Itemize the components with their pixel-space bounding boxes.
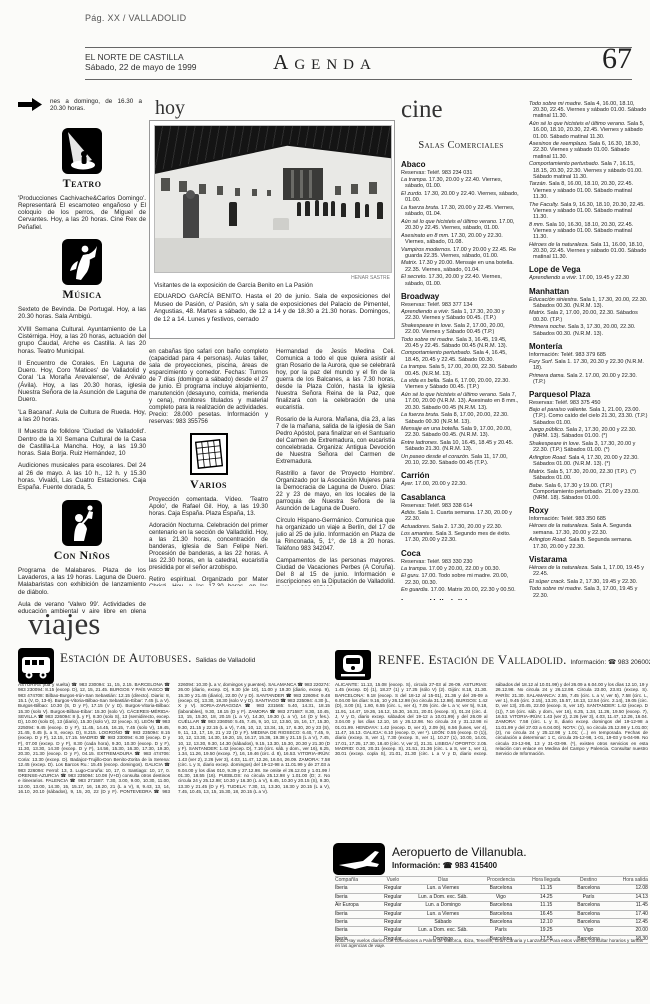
cine-column-1: Abaco Reservas: Teléf. 983 234 031 La tr… bbox=[401, 158, 521, 600]
flight-cell: Lun. a Viernes bbox=[410, 911, 476, 918]
flight-cell: Barcelona bbox=[476, 919, 526, 926]
flight-cell: 12.10 bbox=[526, 919, 567, 926]
flight-cell: Barcelona bbox=[476, 885, 526, 892]
cinema-name: Coca bbox=[401, 549, 521, 558]
hoy-box: HENAR SASTRE Visitantes de la exposición… bbox=[149, 120, 395, 339]
column-header: Procedencia bbox=[476, 877, 526, 884]
film-title: La trampa. bbox=[401, 364, 427, 370]
film-title: Un paseo desde el corazón. bbox=[401, 454, 470, 460]
film-showtime: La trampa. 17.30, 20.00 y 22.40. Viernes… bbox=[401, 177, 521, 189]
flight-cell: Iberia bbox=[335, 919, 376, 926]
film-showtime: La trampa. 17.00 y 20.00, 22.00 y 00.30. bbox=[401, 566, 521, 572]
agenda-item: Adoración Nocturna. Celebración del prim… bbox=[149, 522, 268, 571]
agenda-item: 'Producciones Cachivache&Carlos Domingo'… bbox=[18, 195, 146, 231]
film-title: La fuerza bruta. bbox=[401, 205, 440, 211]
film-title: Héroes de la naturaleza. bbox=[529, 242, 589, 248]
flight-cell: Barcelona bbox=[476, 911, 526, 918]
continued-text: nes a domingo, de 16.30 a 20.30 horas. bbox=[50, 98, 142, 113]
film-showtime: Arlington Road. Sala 4, 17.30, 20.00 y 2… bbox=[529, 455, 648, 467]
film-times: 17.00, 20.00 y 22.30. bbox=[414, 481, 467, 487]
flight-cell: Barcelona bbox=[567, 911, 611, 918]
cinema-listing: Roxy Información: Teléf. 983 350 685 Hér… bbox=[529, 506, 648, 549]
flight-cell: Regular bbox=[376, 927, 410, 934]
cinema-listing: Casablanca Reservas: Teléf. 983 338 614 … bbox=[401, 493, 521, 544]
flight-cell: 11.15 bbox=[526, 885, 567, 892]
film-showtime: Primera dama. Sala 2. 17.00, 20.00 y 22.… bbox=[529, 373, 648, 385]
flight-cell: Lun. a Dom. exc. Sáb. bbox=[410, 927, 476, 934]
film-showtime: El guru. 17.00. Todo sobre mi madre. 20.… bbox=[401, 573, 521, 585]
renfe-heading: RENFE. Estación de Valladolid. Informaci… bbox=[378, 652, 650, 668]
flight-cell: Regular bbox=[376, 885, 410, 892]
film-title: Babe. bbox=[529, 483, 543, 489]
cinema-phone: Información: Teléf. 983 350 685 bbox=[529, 516, 648, 522]
flight-cell: Iberia bbox=[335, 894, 376, 901]
page-folio: Pág. XX / VALLADOLID bbox=[85, 13, 186, 23]
bus-station-heading: Estación de Autobuses. Salidas de Vallad… bbox=[60, 650, 255, 666]
airport-heading: Aeropuerto de Villanubla. Información: ☎… bbox=[392, 845, 527, 870]
page-number: 67 bbox=[602, 42, 632, 76]
flight-cell: 16.45 bbox=[526, 911, 567, 918]
film-title: Primera dama. bbox=[529, 373, 565, 379]
film-title: The Faculty. bbox=[529, 202, 559, 208]
film-showtime: Aprendiendo a vivir. 17.00, 19.45 y 22.3… bbox=[529, 275, 648, 281]
continuation-paragraphs: en cabañas tipo safari con baño completo… bbox=[149, 348, 268, 425]
film-title: Bajo el paraíso valiente. bbox=[529, 407, 588, 413]
film-showtime: Aún sé lo que hicisteis el último verano… bbox=[401, 392, 521, 411]
film-showtime: Aún sé lo que hicisteis el último verano… bbox=[401, 219, 521, 231]
cinema-listing: Carrión Ayer. 17.00, 20.00 y 22.30. bbox=[401, 471, 521, 487]
exhibition-photo bbox=[154, 125, 392, 273]
film-showtime: Todo sobre mi madre. Sala 3, 16.45, 19.4… bbox=[401, 337, 521, 349]
film-title: Mensaje en una botella. bbox=[401, 426, 459, 432]
cine-column-2: Todo sobre mi madre. Sala 4, 16.00, 18.1… bbox=[529, 101, 648, 600]
header-rule-top bbox=[85, 47, 632, 48]
film-times: 17.00 y 20.00, 22.00 y 00.30. bbox=[427, 566, 500, 572]
film-title: El zurdo. bbox=[401, 191, 423, 197]
film-showtime: 8 mm. Sala 10, 16.30, 18.10, 20.30, 22.4… bbox=[529, 222, 648, 241]
flight-cell: Barcelona bbox=[567, 885, 611, 892]
cinema-name: Casablanca bbox=[401, 493, 521, 502]
flight-cell: Air Europa bbox=[335, 902, 376, 909]
agenda-item: Rosario de la Aurora. Mañana, día 23, a … bbox=[276, 416, 395, 465]
children-icon bbox=[62, 500, 102, 546]
photo-caption: Visitantes de la exposición de García Be… bbox=[154, 282, 390, 289]
film-showtime: The Faculty. Sala 9, 16.30, 18.10, 20.30… bbox=[529, 202, 648, 221]
film-title: Aún sé lo que hicisteis el último verano… bbox=[401, 392, 498, 398]
column-header: Días bbox=[410, 877, 476, 884]
film-title: Adiós. bbox=[401, 510, 416, 516]
flight-cell: Regular bbox=[376, 919, 410, 926]
film-title: Aprendiendo a vivir. bbox=[529, 275, 577, 281]
agenda-item: II Muestra de folklore 'Ciudad de Vallad… bbox=[18, 428, 146, 457]
film-showtime: Todo sobre mi madre. Sala 3, 17.00, 19.4… bbox=[529, 586, 648, 598]
flight-cell: 14.25 bbox=[526, 894, 567, 901]
cinema-phone: Reservas: Teléf. 983 377 134 bbox=[401, 302, 521, 308]
flights-table: CompañíaVueloDíasProcedenciaHora llegada… bbox=[335, 876, 648, 944]
flight-cell: 11.15 bbox=[526, 902, 567, 909]
column-header: Vuelo bbox=[376, 877, 410, 884]
cinema-listing: Vistarama Héroes de la naturaleza. Sala … bbox=[529, 555, 648, 600]
film-title: Vampiros modernos. bbox=[401, 247, 452, 253]
cinema-name: Lope de Vega bbox=[529, 265, 648, 274]
film-times: 17.30 y 20.00. Mensaje en una botella. 2… bbox=[405, 260, 514, 272]
cinema-name: Carrión bbox=[401, 471, 521, 480]
film-title: Fury Surf. bbox=[529, 359, 553, 365]
cinema-name: Parquesol Plaza bbox=[529, 390, 648, 399]
film-times: 17.00, 19.45 y 22.30 bbox=[577, 275, 629, 281]
bus-icon bbox=[18, 648, 54, 684]
film-showtime: En guardia. 17.00. Matrix 20.00, 22.30 y… bbox=[401, 587, 521, 593]
film-showtime: Shakespeare in love. Sala 3, 17.30, 20.0… bbox=[529, 441, 648, 453]
agenda-item: Círculo Hispano-Germánico. Comunica que … bbox=[276, 517, 395, 552]
flight-cell: 12.08 bbox=[610, 885, 648, 892]
agenda-item: Programa de Malabares. Plaza de los Lava… bbox=[18, 567, 146, 596]
flight-cell: Iberia bbox=[335, 885, 376, 892]
flight-cell: Vigo bbox=[476, 894, 526, 901]
agenda-paragraphs: Hermandad de Jesús Medina Celi. Comunica… bbox=[276, 348, 395, 586]
cinema-name: Lauren Valladolid bbox=[401, 598, 521, 600]
film-title: Arlington Road. bbox=[529, 455, 567, 461]
film-title: 8 mm. bbox=[529, 222, 544, 228]
hoy-label: hoy bbox=[155, 97, 185, 120]
film-title: Asesinos de reemplazo. bbox=[529, 141, 588, 147]
flight-row: IberiaRegularSábadoBarcelona12.10Barcelo… bbox=[335, 918, 648, 926]
film-times: Sala 2. 17.30, 20.00 y 22.30. bbox=[430, 524, 502, 530]
film-title: Matrix. bbox=[401, 260, 418, 266]
hoy-body: EDUARDO GARCÍA BENITO. Hasta el 20 de ju… bbox=[154, 293, 390, 323]
column-header: Hora llegada bbox=[526, 877, 567, 884]
cinema-phone: Reservas: Teléf. 983 338 614 bbox=[401, 503, 521, 509]
film-title: Matrix. bbox=[529, 469, 546, 475]
film-showtime: Matrix. 17.30 y 20.00. Mensaje en una bo… bbox=[401, 260, 521, 272]
cinema-phone: Reservas: Teléf. 983 375 450 bbox=[529, 400, 648, 406]
film-title: La fuerza bruta. bbox=[401, 412, 440, 418]
film-showtime: Fury Surf. Sala 1. 17.30, 20.30 y 22.30 … bbox=[529, 359, 648, 371]
renfe-info-phone: Información: ☎ 983 206002 bbox=[570, 659, 650, 666]
cinema-phone: Reservas: Teléf. 983 234 031 bbox=[401, 170, 521, 176]
film-title: Matrix. bbox=[529, 310, 546, 316]
flight-cell: Sábado bbox=[410, 919, 476, 926]
flight-cell: Iberia bbox=[335, 911, 376, 918]
musica-heading: Música bbox=[18, 287, 146, 302]
film-showtime: Entre ladrones. Sala 10, 16.45, 18.45 y … bbox=[401, 440, 521, 452]
film-title: Shakespeare in love. bbox=[401, 323, 452, 329]
flight-row: IberiaRegularLun. a Dom. exc. Sáb.Vigo14… bbox=[335, 893, 648, 901]
cinema-listing: Coca Reservas: Teléf. 983 330 230 La tra… bbox=[401, 549, 521, 594]
film-title: La trampa. bbox=[401, 566, 427, 572]
cinema-listing: Lope de Vega Aprendiendo a vivir. 17.00,… bbox=[529, 265, 648, 281]
bus-station-title: Estación de Autobuses. bbox=[60, 650, 192, 665]
cinema-listing: Todo sobre mi madre. Sala 4, 16.00, 18.1… bbox=[529, 101, 648, 260]
musica-items: Sexteto de Bevinda. De Portugal. Hoy, a … bbox=[18, 306, 146, 492]
cinema-listing: Manhattan Educación siniestra. Sala 1, 1… bbox=[529, 287, 648, 337]
film-title: Todo sobre mi madre. bbox=[529, 101, 582, 107]
bus-schedules-text: ASTURIAS (ida y vuelta) ☎ 983 230094: 11… bbox=[18, 682, 330, 960]
viajes-label: viajes bbox=[28, 606, 100, 642]
film-showtime: Asesinos de reemplazo. Sala 6, 16.30, 18… bbox=[529, 141, 648, 160]
film-title: Los amantes. bbox=[401, 531, 434, 537]
film-showtime: Asesinato en 8 mm. 17.30, 20.00 y 22.30.… bbox=[401, 233, 521, 245]
header-rule-bottom bbox=[85, 79, 632, 80]
section-title: Agenda bbox=[0, 50, 650, 75]
flight-cell: Regular bbox=[376, 911, 410, 918]
film-showtime: Shakespeare in love. Sala 2, 17.00, 20.0… bbox=[401, 323, 521, 335]
flight-cell: Iberia bbox=[335, 927, 376, 934]
cinema-phone: Reservas: Teléf. 983 330 230 bbox=[401, 559, 521, 565]
flight-cell: Barcelona bbox=[567, 902, 611, 909]
cinema-phone: Información: Teléf. 983 379 685 bbox=[529, 352, 648, 358]
flight-cell: Vigo bbox=[567, 927, 611, 934]
film-showtime: La fuerza bruta. Sala 8, 17.00, 20.00, 2… bbox=[401, 412, 521, 424]
agenda-item: II Encuentro de Corales. En Laguna de Du… bbox=[18, 360, 146, 404]
column-header: Compañía bbox=[335, 877, 376, 884]
film-title: Shakespeare in love. bbox=[529, 441, 580, 447]
flight-cell: 11.45 bbox=[610, 902, 648, 909]
film-showtime: Primera noche. Sala 3, 17.30, 20.00, 22.… bbox=[529, 324, 648, 336]
flight-cell: Lun. a Domingo bbox=[410, 902, 476, 909]
film-showtime: Mensaje en una botella. Sala 9, 17.00, 2… bbox=[401, 426, 521, 438]
film-showtime: Aún sé lo que hicisteis el último verano… bbox=[529, 121, 648, 140]
film-showtime: El súper crack. Sala 2, 17.30, 19.45 y 2… bbox=[529, 579, 648, 585]
film-showtime: Actuadores. Sala 2. 17.30, 20.00 y 22.30… bbox=[401, 524, 521, 530]
film-title: Primera noche. bbox=[529, 324, 566, 330]
flight-cell: 20.00 bbox=[610, 927, 648, 934]
column-header: Hora salida bbox=[610, 877, 648, 884]
cinema-name: Montería bbox=[529, 342, 648, 351]
film-showtime: Bajo el paraíso valiente. Sala 1, 21.00,… bbox=[529, 407, 648, 426]
agenda-item: Rastrillo a favor de 'Proyecto Hombre'. … bbox=[276, 470, 395, 512]
film-title: Aprendiendo a vivir. bbox=[401, 309, 449, 315]
film-showtime: La trampa. Sala 5, 17.00, 20.00, 22.30. … bbox=[401, 364, 521, 376]
middle-column-2: Hermandad de Jesús Medina Celi. Comunica… bbox=[276, 348, 395, 586]
agenda-item: Proyección comentada. Vídeo. 'Teatro Apo… bbox=[149, 496, 268, 517]
film-title: Héroes de la naturaleza. bbox=[529, 565, 589, 571]
cine-label: cine bbox=[401, 96, 443, 124]
film-title: Héroes de la naturaleza. bbox=[529, 523, 589, 529]
train-icon bbox=[335, 650, 371, 680]
airport-title: Aeropuerto de Villanubla. bbox=[392, 845, 527, 859]
arrow-icon bbox=[18, 98, 42, 111]
cinema-listing: Broadway Reservas: Teléf. 983 377 134 Ap… bbox=[401, 292, 521, 467]
theater-spotlight-icon bbox=[62, 128, 102, 174]
flight-cell: Regular bbox=[376, 902, 410, 909]
visitor-figure bbox=[183, 194, 199, 238]
cinema-listing: Lauren Valladolid Información: Teléf. 98… bbox=[401, 598, 521, 600]
film-title: Arlington Road. bbox=[529, 537, 567, 543]
agenda-item: Retiro espiritual. Organizado por Mater … bbox=[149, 576, 268, 586]
teatro-items: 'Producciones Cachivache&Carlos Domingo'… bbox=[18, 195, 146, 231]
salas-comerciales-heading: Salas Comerciales bbox=[401, 140, 521, 151]
bus-station-subtitle: Salidas de Valladolid bbox=[195, 657, 255, 664]
airport-info-phone: Información: ☎ 983 415400 bbox=[392, 861, 527, 870]
agenda-item: XVIII Semana Cultural. Ayuntamiento de L… bbox=[18, 326, 146, 355]
film-showtime: Ayer. 17.00, 20.00 y 22.30. bbox=[401, 481, 521, 487]
photo-credit: HENAR SASTRE bbox=[154, 275, 390, 281]
airplane-icon bbox=[333, 843, 385, 875]
film-showtime: Los amantes. Sala 3. Segundo mes de éxit… bbox=[401, 531, 521, 543]
cinema-name: Vistarama bbox=[529, 555, 648, 564]
film-title: Aún sé lo que hicisteis el último verano… bbox=[401, 219, 498, 225]
film-times: 17.00. Todo sobre mi madre. 20.00, 22.30… bbox=[405, 573, 508, 585]
film-showtime: Matrix. Sala 2, 17.00, 20.00, 22.30. Sáb… bbox=[529, 310, 648, 322]
agenda-item: en cabañas tipo safari con baño completo… bbox=[149, 348, 268, 425]
varios-items: Proyección comentada. Vídeo. 'Teatro Apo… bbox=[149, 496, 268, 586]
film-showtime: Héroes de la naturaleza. Sala 1, 17.00, … bbox=[529, 565, 648, 577]
flight-row: IberiaRegularLun. a Dom. exc. Sáb.París1… bbox=[335, 926, 648, 934]
column-header: Destino bbox=[567, 877, 611, 884]
cinema-name: Roxy bbox=[529, 506, 648, 515]
film-times: Sala 6, 17.30 y 19.00. (T.P.) Comportami… bbox=[533, 483, 640, 501]
film-title: La vida es bella. bbox=[401, 378, 441, 384]
left-column: nes a domingo, de 16.30 a 20.30 horas. T… bbox=[18, 98, 146, 613]
film-showtime: Todo sobre mi madre. Sala 4, 16.00, 18.1… bbox=[529, 101, 648, 120]
film-title: Tarzán. bbox=[529, 181, 547, 187]
film-showtime: Vampiros modernos. 17.00 y 20.00 y 22.45… bbox=[401, 247, 521, 259]
film-title: Todo sobre mi madre. bbox=[529, 586, 582, 592]
film-title: Todo sobre mi madre. bbox=[401, 337, 454, 343]
film-title: En guardia. bbox=[401, 587, 429, 593]
teatro-heading: Teatro bbox=[18, 176, 146, 191]
renfe-schedules-text: ALICANTE: 11.13, 15.08 (excep. S), circu… bbox=[335, 682, 648, 836]
con-ninos-heading: Con Niños bbox=[18, 548, 146, 563]
agenda-item: Hermandad de Jesús Medina Celi. Comunica… bbox=[276, 348, 395, 411]
cinema-listing: Montería Información: Teléf. 983 379 685… bbox=[529, 342, 648, 385]
flight-cell: 12.45 bbox=[610, 919, 648, 926]
film-showtime: Héroes de la naturaleza. Sala 11, 16.00,… bbox=[529, 242, 648, 261]
agenda-item: Campamentos de las personas mayores. Ciu… bbox=[276, 557, 395, 586]
film-showtime: Comportamiento perturbado. Sala 7, 16.15… bbox=[529, 161, 648, 180]
film-showtime: Comportamiento perturbado. Sala 4, 16.45… bbox=[401, 350, 521, 362]
film-title: El guru. bbox=[401, 573, 420, 579]
film-showtime: Aprendiendo a vivir. Sala 1, 17.30, 20.3… bbox=[401, 309, 521, 321]
film-title: Comportamiento perturbado. bbox=[529, 161, 599, 167]
film-times: Sala 8, 16.00, 18.10, 20.30, 22.45. Vier… bbox=[533, 181, 633, 199]
film-times: Sala 2, 17.00, 20.00, 22.30. Sábados 00.… bbox=[533, 310, 638, 322]
film-showtime: Educación siniestra. Sala 1, 17.30, 20.0… bbox=[529, 297, 648, 309]
film-title: Comportamiento perturbado. bbox=[401, 350, 471, 356]
flight-cell: 14.13 bbox=[610, 894, 648, 901]
flight-cell: 17.40 bbox=[610, 911, 648, 918]
film-showtime: Un paseo desde el corazón. Sala 11, 17.0… bbox=[401, 454, 521, 466]
flight-row: IberiaRegularLun. a ViernesBarcelona16.4… bbox=[335, 910, 648, 918]
agenda-item: 'La Bacanal'. Aula de Cultura de Rueda. … bbox=[18, 409, 146, 424]
cinema-listing: Abaco Reservas: Teléf. 983 234 031 La tr… bbox=[401, 160, 521, 287]
flight-cell: París bbox=[567, 894, 611, 901]
flight-cell: París bbox=[476, 927, 526, 934]
cinema-name: Manhattan bbox=[529, 287, 648, 296]
renfe-title: RENFE. Estación de Valladolid. bbox=[378, 652, 567, 667]
flights-note: Nota: Hay vuelos diarios con conexiones … bbox=[335, 938, 648, 949]
film-times: 17.30, 20.00 y 22.40. Viernes, sábado, 0… bbox=[405, 191, 519, 203]
film-showtime: La fuerza bruta. 17.30, 20.00 y 22.45. V… bbox=[401, 205, 521, 217]
cinema-listing: Parquesol Plaza Reservas: Teléf. 983 375… bbox=[529, 390, 648, 501]
film-showtime: Tarzán. Sala 8, 16.00, 18.10, 20.30, 22.… bbox=[529, 181, 648, 200]
film-times: 17.00. Matrix 20.00, 22.30 y 00.50. bbox=[429, 587, 516, 593]
film-showtime: El zurdo. 17.30, 20.00 y 22.40. Viernes,… bbox=[401, 191, 521, 203]
varios-notepad-icon bbox=[190, 433, 228, 475]
film-title: Juego público. bbox=[529, 427, 564, 433]
film-showtime: El secreto. 17.30, 20.00 y 22.40. Vierne… bbox=[401, 274, 521, 286]
varios-heading: Varios bbox=[149, 477, 268, 492]
film-title: La trampa. bbox=[401, 177, 427, 183]
flight-row: IberiaRegularLun. a ViernesBarcelona11.1… bbox=[335, 884, 648, 892]
film-showtime: La vida es bella. Sala 6, 17.00, 20.00, … bbox=[401, 378, 521, 390]
film-showtime: Arlington Road. Sala B. Segunda semana. … bbox=[529, 537, 648, 549]
film-times: Sala 2, 17.30, 19.45 y 22.30. bbox=[565, 579, 637, 585]
film-title: Asesinato en 8 mm. bbox=[401, 233, 450, 239]
film-showtime: Juego público. Sala 2, 17.30, 20.00 y 22… bbox=[529, 427, 648, 439]
gallery-doorway bbox=[283, 168, 323, 200]
film-times: Sala 1. Cuarta semana. 17.30, 20.00 y 22… bbox=[405, 510, 512, 522]
film-times: Sala 5, 17.30, 20.00, 22.30 (T.P.). (*) … bbox=[533, 469, 636, 481]
film-showtime: Héroes de la naturaleza. Sala A. Segunda… bbox=[529, 523, 648, 535]
agenda-item: Audiciones musicales para escolares. Del… bbox=[18, 462, 146, 491]
flight-cell: Lun. a Viernes bbox=[410, 885, 476, 892]
cinema-name: Broadway bbox=[401, 292, 521, 301]
film-title: Aún sé lo que hicisteis el último verano… bbox=[529, 121, 626, 127]
film-title: El secreto. bbox=[401, 274, 427, 280]
flight-cell: Lun. a Dom. exc. Sáb. bbox=[410, 894, 476, 901]
flight-cell: Barcelona bbox=[476, 902, 526, 909]
middle-column-1: en cabañas tipo safari con baño completo… bbox=[149, 348, 268, 586]
film-times: Sala 10, 16.30, 18.10, 20.30, 22.45. Vie… bbox=[533, 222, 633, 240]
flight-cell: Regular bbox=[376, 894, 410, 901]
film-showtime: Adiós. Sala 1. Cuarta semana. 17.30, 20.… bbox=[401, 510, 521, 522]
flights-table-header: CompañíaVueloDíasProcedenciaHora llegada… bbox=[335, 876, 648, 884]
film-title: Actuadores. bbox=[401, 524, 430, 530]
flight-cell: 19.25 bbox=[526, 927, 567, 934]
flight-row: Air EuropaRegularLun. a DomingoBarcelona… bbox=[335, 901, 648, 909]
music-dancer-icon bbox=[62, 239, 102, 285]
film-showtime: Babe. Sala 6, 17.30 y 19.00. (T.P.) Comp… bbox=[529, 483, 648, 502]
film-showtime: Matrix. Sala 5, 17.30, 20.00, 22.30 (T.P… bbox=[529, 469, 648, 481]
agenda-item: Sexteto de Bevinda. De Portugal. Hoy, a … bbox=[18, 306, 146, 321]
film-title: Educación siniestra. bbox=[529, 297, 578, 303]
film-title: Ayer. bbox=[401, 481, 414, 487]
flight-cell: Barcelona bbox=[567, 919, 611, 926]
film-title: Entre ladrones. bbox=[401, 440, 438, 446]
film-title: El súper crack. bbox=[529, 579, 565, 585]
cinema-name: Abaco bbox=[401, 160, 521, 169]
